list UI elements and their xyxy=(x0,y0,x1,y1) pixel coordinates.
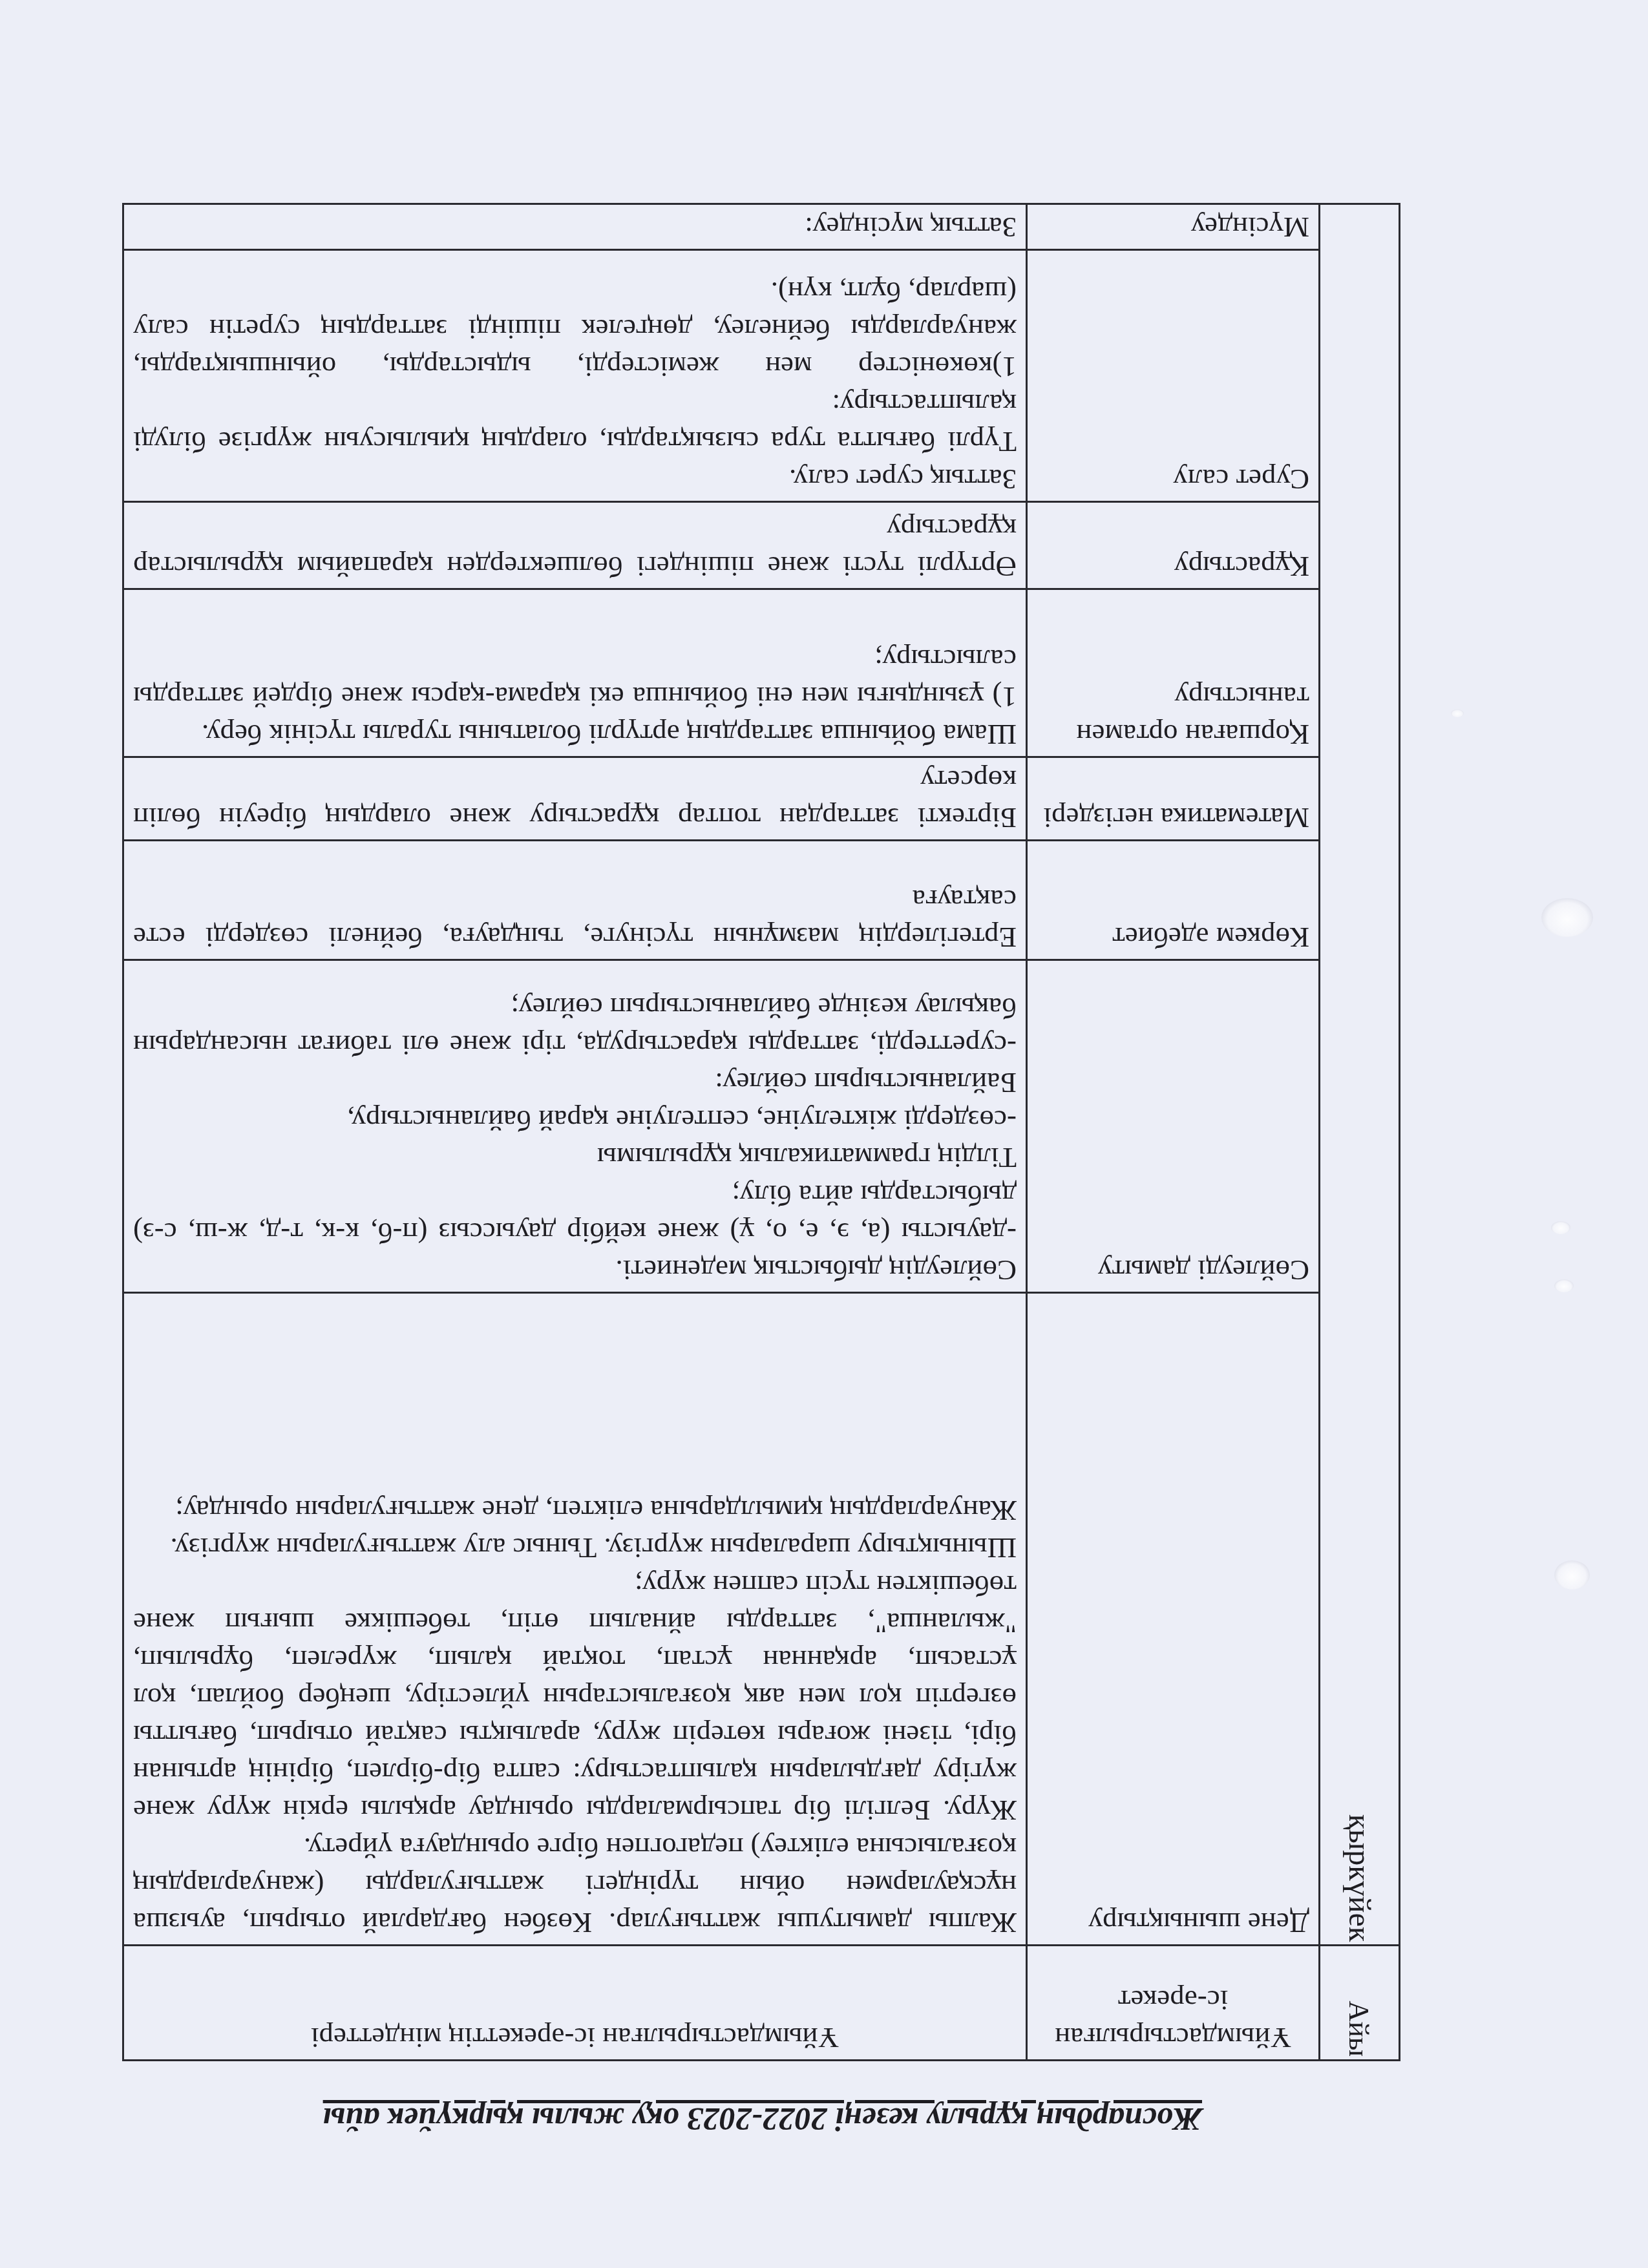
task-item: 1)көкөністер мен жемістерді, ыдыстарды, … xyxy=(133,273,1017,386)
task-item: Заттық мүсіндеу: xyxy=(133,209,1017,246)
table-row: Құрастыру Әртүрлі түсті және пішіндегі б… xyxy=(123,502,1400,589)
tasks-cell: Жалпы дамытушы жаттығулар. Көзбен бағдар… xyxy=(123,1293,1027,1946)
tasks-cell: Заттық мүсіндеу: xyxy=(123,204,1027,250)
activity-cell: Құрастыру xyxy=(1027,502,1320,589)
task-item: Шынықтыру шараларын жүргізу. Тыныс алу ж… xyxy=(133,1529,1017,1567)
table-row: Мүсіндеу Заттық мүсіндеу: xyxy=(123,204,1400,250)
activity-cell: Дене шынықтыру xyxy=(1027,1293,1320,1946)
task-item: Жүру. Белгілі бір тапсырмаларды орындау … xyxy=(133,1567,1017,1829)
task-item: -суреттерді, заттарды қарастыруда, тірі … xyxy=(133,989,1017,1064)
header-month: Айы xyxy=(1320,1946,1400,2061)
tasks-cell: Сөйлеудің дыбыстық мәдениеті.-дауысты (а… xyxy=(123,960,1027,1293)
task-item: -сөздерді жіктелуіне, септелуіне қарай б… xyxy=(133,1102,1017,1139)
table-row: Математика негіздері Біртекті заттардан … xyxy=(123,757,1400,841)
tasks-cell: Ертегілердің мазмұнын түсінуге, тыңдауға… xyxy=(123,841,1027,960)
task-item: Жалпы дамытушы жаттығулар. Көзбен бағдар… xyxy=(133,1829,1017,1942)
curriculum-plan-table: Айы Ұйымдастырылған іс-әрекет Ұйымдастыр… xyxy=(122,203,1400,2061)
task-item: Байланыстырып сөйлеу: xyxy=(133,1064,1017,1102)
punch-hole-mark xyxy=(1541,898,1593,937)
table-row: Сөйлеуді дамыту Сөйлеудің дыбыстық мәден… xyxy=(123,960,1400,1293)
activity-cell: Сөйлеуді дамыту xyxy=(1027,960,1320,1293)
task-item: 1) ұзындығы мен ені бойынша екі қарама-қ… xyxy=(133,641,1017,716)
activity-cell: Сурет салу xyxy=(1027,250,1320,502)
activity-cell: Қоршаған ортамен таныстыру xyxy=(1027,589,1320,757)
header-activity: Ұйымдастырылған іс-әрекет xyxy=(1027,1946,1320,2061)
punch-hole-mark xyxy=(1554,1560,1590,1590)
activity-cell: Мүсіндеу xyxy=(1027,204,1320,250)
punch-hole-mark xyxy=(1451,709,1464,717)
punch-hole-mark xyxy=(1551,1221,1570,1234)
task-item: Ертегілердің мазмұнын түсінуге, тыңдауға… xyxy=(133,881,1017,956)
table-body: қыркүйек Дене шынықтыру Жалпы дамытушы ж… xyxy=(123,204,1400,1946)
task-item: Жануарлардың қимылдарына еліктеп, дене ж… xyxy=(133,1492,1017,1529)
task-item: Біртекті заттардан топтар құрастыру және… xyxy=(133,762,1017,837)
task-item: Әртүрлі түсті және пішіндегі бөлшектерде… xyxy=(133,510,1017,585)
table-row: Сурет салу Заттық сурет салу.Түрлі бағыт… xyxy=(123,250,1400,502)
header-month-label: Айы xyxy=(1341,2000,1379,2057)
task-item: Түрлі бағытта тура сызықтарды, олардың қ… xyxy=(133,386,1017,461)
table-header-row: Айы Ұйымдастырылған іс-әрекет Ұйымдастыр… xyxy=(123,1946,1400,2061)
tasks-cell: Әртүрлі түсті және пішіндегі бөлшектерде… xyxy=(123,502,1027,589)
tasks-cell: Шама бойынша заттардың әртүрлі болатыны … xyxy=(123,589,1027,757)
tasks-cell: Заттық сурет салу.Түрлі бағытта тура сыз… xyxy=(123,250,1027,502)
table-row: Көркем әдебиет Ертегілердің мазмұнын түс… xyxy=(123,841,1400,960)
document-title: Жоспардың құрылу кезеңі 2022-2023 оқу жы… xyxy=(129,2100,1422,2139)
activity-cell: Математика негіздері xyxy=(1027,757,1320,841)
punch-hole-mark xyxy=(1554,1279,1574,1292)
tasks-cell: Біртекті заттардан топтар құрастыру және… xyxy=(123,757,1027,841)
task-item: Шама бойынша заттардың әртүрлі болатыны … xyxy=(133,716,1017,753)
month-label: қыркүйек xyxy=(1341,1814,1379,1942)
task-item: Сөйлеудің дыбыстық мәдениеті. xyxy=(133,1252,1017,1289)
header-tasks: Ұйымдастырылған іс-әрекеттің міндеттері xyxy=(123,1946,1027,2061)
scanned-page: Жоспардың құрылу кезеңі 2022-2023 оқу жы… xyxy=(0,0,1648,2268)
table-row: Қоршаған ортамен таныстыру Шама бойынша … xyxy=(123,589,1400,757)
table-row: қыркүйек Дене шынықтыру Жалпы дамытушы ж… xyxy=(123,1293,1400,1946)
task-item: -дауысты (а, э, е, о, ұ) және кейбір дау… xyxy=(133,1177,1017,1252)
month-cell: қыркүйек xyxy=(1320,204,1400,1946)
activity-cell: Көркем әдебиет xyxy=(1027,841,1320,960)
task-item: Тілдің грамматикалық құрылымы xyxy=(133,1139,1017,1177)
task-item: Заттық сурет салу. xyxy=(133,461,1017,498)
